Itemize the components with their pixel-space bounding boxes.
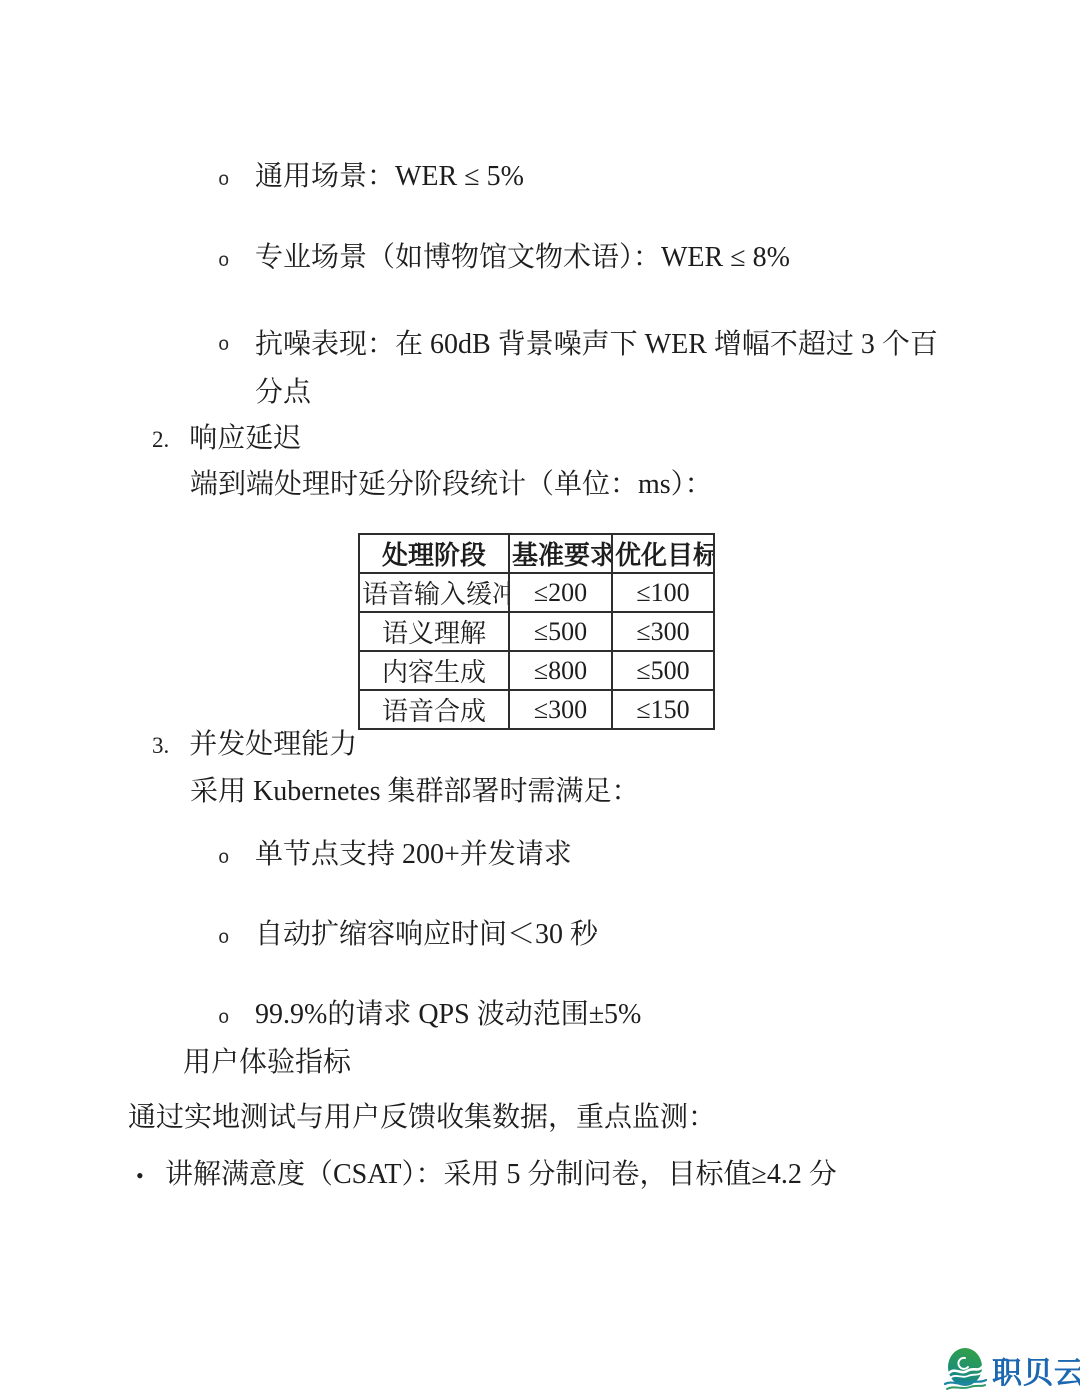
footer-logo: 职贝云数 (944, 1346, 1080, 1394)
circle-bullet-marker: o (218, 321, 255, 369)
table-cell: ≤300 (612, 612, 714, 651)
circle-bullet-marker: o (218, 163, 255, 197)
table-cell: ≤200 (509, 573, 612, 612)
circle-bullet-marker: o (218, 921, 255, 955)
section-title: 响应延迟 (189, 423, 301, 454)
section-heading: 2.响应延迟 (152, 416, 301, 456)
list-item: o专业场景（如博物馆文物术语）：WER ≤ 8% (218, 241, 790, 278)
table-cell: ≤100 (612, 573, 714, 612)
table-cell: ≤500 (612, 651, 714, 690)
table-cell: ≤500 (509, 612, 612, 651)
table-cell: 内容生成 (359, 651, 509, 690)
table-header-cell: 优化目标 (612, 534, 714, 573)
table-header-row: 处理阶段 基准要求 优化目标 (359, 534, 714, 573)
bullet-text: 讲解满意度（CSAT）：采用 5 分制问卷，目标值≥4.2 分 (165, 1159, 837, 1190)
bullet-text: 通用场景：WER ≤ 5% (255, 161, 524, 192)
dot-bullet-marker: • (136, 1159, 165, 1193)
circle-bullet-marker: o (218, 841, 255, 875)
table-cell: 语音合成 (359, 690, 509, 729)
section-intro: 端到端处理时延分阶段统计（单位：ms）： (190, 468, 713, 502)
table-cell: 语音输入缓冲 (359, 573, 509, 612)
table-cell: 语义理解 (359, 612, 509, 651)
list-item: o单节点支持 200+并发请求 (218, 838, 572, 875)
brand-name: 职贝云数 (992, 1348, 1080, 1392)
latency-table: 处理阶段 基准要求 优化目标 语音输入缓冲 ≤200 ≤100 语义理解 ≤50… (358, 533, 715, 730)
table-cell: ≤150 (612, 690, 714, 729)
list-item: o抗噪表现：在 60dB 背景噪声下 WER 增幅不超过 3 个百分点 (218, 321, 957, 417)
list-item: o99.9%的请求 QPS 波动范围±5% (218, 998, 641, 1035)
table-cell: ≤300 (509, 690, 612, 729)
section-heading: 3.并发处理能力 (152, 722, 357, 762)
section-number: 3. (152, 733, 169, 758)
subsection-heading: 用户体验指标 (183, 1046, 351, 1080)
brand-wave-icon (944, 1346, 988, 1394)
list-item: o通用场景：WER ≤ 5% (218, 160, 524, 197)
section-number: 2. (152, 427, 169, 452)
document-page: o通用场景：WER ≤ 5% o专业场景（如博物馆文物术语）：WER ≤ 8% … (0, 0, 1080, 1397)
table-header-cell: 基准要求 (509, 534, 612, 573)
table-cell: ≤800 (509, 651, 612, 690)
table-header-cell: 处理阶段 (359, 534, 509, 573)
table-row: 语义理解 ≤500 ≤300 (359, 612, 714, 651)
table-row: 语音输入缓冲 ≤200 ≤100 (359, 573, 714, 612)
table-row: 语音合成 ≤300 ≤150 (359, 690, 714, 729)
bullet-text: 自动扩缩容响应时间＜30 秒 (255, 919, 598, 950)
circle-bullet-marker: o (218, 244, 255, 278)
section-intro: 采用 Kubernetes 集群部署时需满足： (190, 775, 640, 809)
list-item: o自动扩缩容响应时间＜30 秒 (218, 918, 598, 955)
bullet-text: 专业场景（如博物馆文物术语）：WER ≤ 8% (255, 242, 790, 273)
paragraph: 通过实地测试与用户反馈收集数据，重点监测： (128, 1101, 716, 1135)
circle-bullet-marker: o (218, 1001, 255, 1035)
bullet-text: 抗噪表现：在 60dB 背景噪声下 WER 增幅不超过 3 个百分点 (255, 321, 957, 417)
section-title: 并发处理能力 (189, 729, 357, 760)
table-row: 内容生成 ≤800 ≤500 (359, 651, 714, 690)
bullet-text: 99.9%的请求 QPS 波动范围±5% (255, 999, 641, 1030)
list-item: •讲解满意度（CSAT）：采用 5 分制问卷，目标值≥4.2 分 (136, 1158, 837, 1193)
bullet-text: 单节点支持 200+并发请求 (255, 839, 572, 870)
